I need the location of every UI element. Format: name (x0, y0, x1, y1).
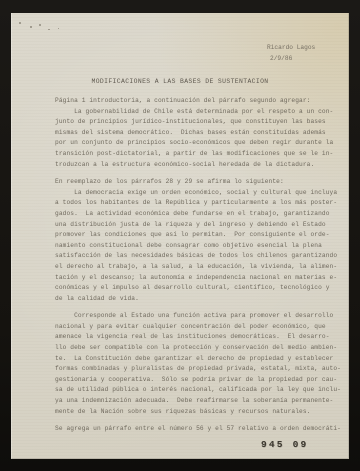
author-name: Ricardo Lagos (267, 44, 315, 52)
paragraph: Corresponde al Estado una función activa… (55, 311, 341, 417)
paragraph: Se agrega un párrafo entre el número 56 … (55, 424, 341, 435)
paragraph: En reemplazo de los párrafos 28 y 29 se … (55, 177, 341, 304)
document-page: Ricardo Lagos 2/9/86 MODIFICACIONES A LA… (11, 13, 349, 459)
document-title: MODIFICACIONES A LAS BASES DE SUSTENTACI… (11, 78, 349, 85)
paper-speck (58, 28, 59, 29)
page-number-stamp: 945 09 (261, 439, 308, 450)
document-body: Página 1 introductoria, a continuación d… (55, 96, 341, 442)
paper-speck (19, 22, 21, 24)
paragraph: Página 1 introductoria, a continuación d… (55, 96, 341, 170)
paper-speck (48, 29, 50, 30)
paper-speck (39, 24, 41, 26)
document-date: 2/9/86 (270, 55, 292, 63)
paper-speck (30, 26, 32, 28)
